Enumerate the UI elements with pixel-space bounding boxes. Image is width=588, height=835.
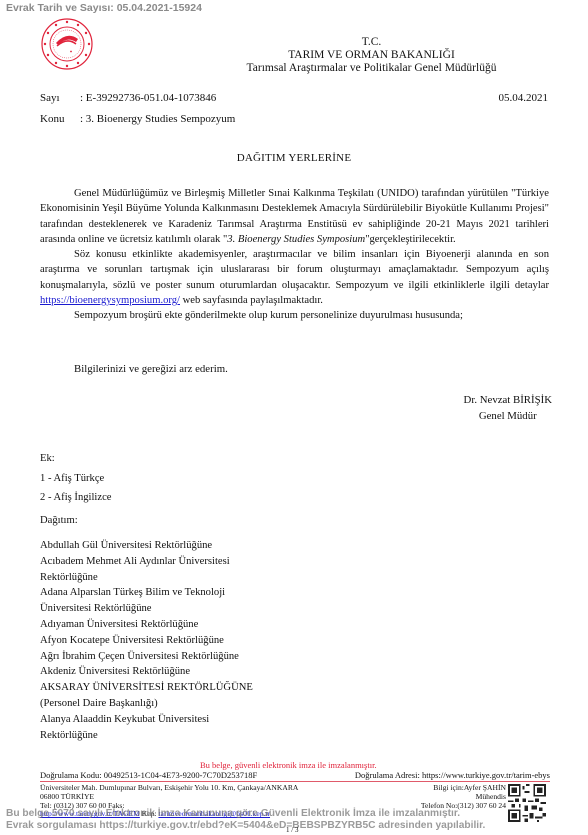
- attachment-item: 2 - Afiş İngilizce: [40, 488, 112, 508]
- distribution-item: AKSARAY ÜNİVERSİTESİ REKTÖRLÜĞÜNE: [40, 680, 253, 696]
- header-line-tc: T.C.: [0, 36, 588, 49]
- verification-code: Doğrulama Kodu: 00492513-1C04-4E73-9200-…: [40, 770, 257, 780]
- distribution-item: Alanya Alaaddin Keykubat Üniversitesi: [40, 712, 253, 728]
- e-signature-notice: Bu belge, güvenli elektronik imza ile im…: [200, 760, 377, 770]
- page-number: 1 / 3: [286, 826, 298, 834]
- document-date: 05.04.2021: [499, 92, 549, 104]
- distribution-label: Dağıtım:: [40, 515, 78, 526]
- signatory-title: Genel Müdür: [464, 409, 552, 425]
- paragraph-2: Söz konusu etkinlikte akademisyenler, ar…: [40, 247, 549, 308]
- distribution-list: Abdullah Gül Üniversitesi Rektörlüğüne A…: [40, 538, 253, 743]
- attachments-label: Ek:: [40, 449, 112, 469]
- distribution-item: Afyon Kocatepe Üniversitesi Rektörlüğüne: [40, 633, 253, 649]
- attachments: Ek: 1 - Afiş Türkçe 2 - Afiş İngilizce: [40, 449, 112, 508]
- konu-value: : 3. Bioenergy Studies Sempozyum: [80, 113, 235, 125]
- distribution-item: Adıyaman Üniversitesi Rektörlüğüne: [40, 617, 253, 633]
- sayi-row: Sayı: E-39292736-051.04-1073846: [40, 92, 216, 104]
- symposium-name: 3. Bioenergy Studies Symposium: [227, 234, 365, 245]
- footer-contact: Bilgi için:Ayfer ŞAHİN Mühendis Telefon …: [421, 784, 506, 810]
- distribution-item: Rektörlüğüne: [40, 570, 253, 586]
- header-line-ministry: TARIM VE ORMAN BAKANLIĞI: [0, 49, 588, 62]
- attachment-item: 1 - Afiş Türkçe: [40, 469, 112, 489]
- sayi-value: : E-39292736-051.04-1073846: [80, 92, 216, 104]
- konu-label: Konu: [40, 113, 80, 125]
- sayi-label: Sayı: [40, 92, 80, 104]
- distribution-item: Akdeniz Üniversitesi Rektörlüğüne: [40, 664, 253, 680]
- verification-address: Doğrulama Adresi: https://www.turkiye.go…: [355, 770, 550, 780]
- signatory-name: Dr. Nevzat BİRİŞİK: [464, 393, 552, 409]
- signature-block: Dr. Nevzat BİRİŞİK Genel Müdür: [464, 393, 552, 424]
- konu-row: Konu: 3. Bioenergy Studies Sempozyum: [40, 113, 235, 125]
- paragraph-1: Genel Müdürlüğümüz ve Birleşmiş Milletle…: [40, 186, 549, 247]
- watermark-line-2: Evrak sorgulaması https://turkiye.gov.tr…: [6, 820, 485, 831]
- document-title: DAĞITIM YERLERİNE: [0, 152, 588, 164]
- distribution-item: Üniversitesi Rektörlüğüne: [40, 601, 253, 617]
- header-line-directorate: Tarımsal Araştırmalar ve Politikalar Gen…: [0, 62, 588, 75]
- qr-code-icon: [508, 784, 546, 822]
- verification-line: Doğrulama Kodu: 00492513-1C04-4E73-9200-…: [40, 770, 550, 782]
- closing-line: Bilgilerinizi ve gereğizi arz ederim.: [74, 363, 228, 375]
- distribution-item: Adana Alparslan Türkeş Bilim ve Teknoloj…: [40, 585, 253, 601]
- distribution-item: Rektörlüğüne: [40, 728, 253, 744]
- symposium-link[interactable]: https://bioenergysymposium.org/: [40, 295, 180, 306]
- letterhead: T.C. TARIM VE ORMAN BAKANLIĞI Tarımsal A…: [0, 36, 588, 75]
- distribution-item: (Personel Daire Başkanlığı): [40, 696, 253, 712]
- distribution-item: Ağrı İbrahim Çeçen Üniversitesi Rektörlü…: [40, 649, 253, 665]
- document-stamp: Evrak Tarih ve Sayısı: 05.04.2021-15924: [6, 2, 202, 14]
- distribution-item: Acıbadem Mehmet Ali Aydınlar Üniversites…: [40, 554, 253, 570]
- paragraph-3: Sempozyum broşürü ekte gönderilmekte olu…: [40, 308, 549, 323]
- letter-body: Genel Müdürlüğümüz ve Birleşmiş Milletle…: [40, 186, 549, 324]
- distribution-item: Abdullah Gül Üniversitesi Rektörlüğüne: [40, 538, 253, 554]
- watermark-line-1: Bu belge 5070 sayılı Elektronik İmza Kan…: [6, 808, 460, 819]
